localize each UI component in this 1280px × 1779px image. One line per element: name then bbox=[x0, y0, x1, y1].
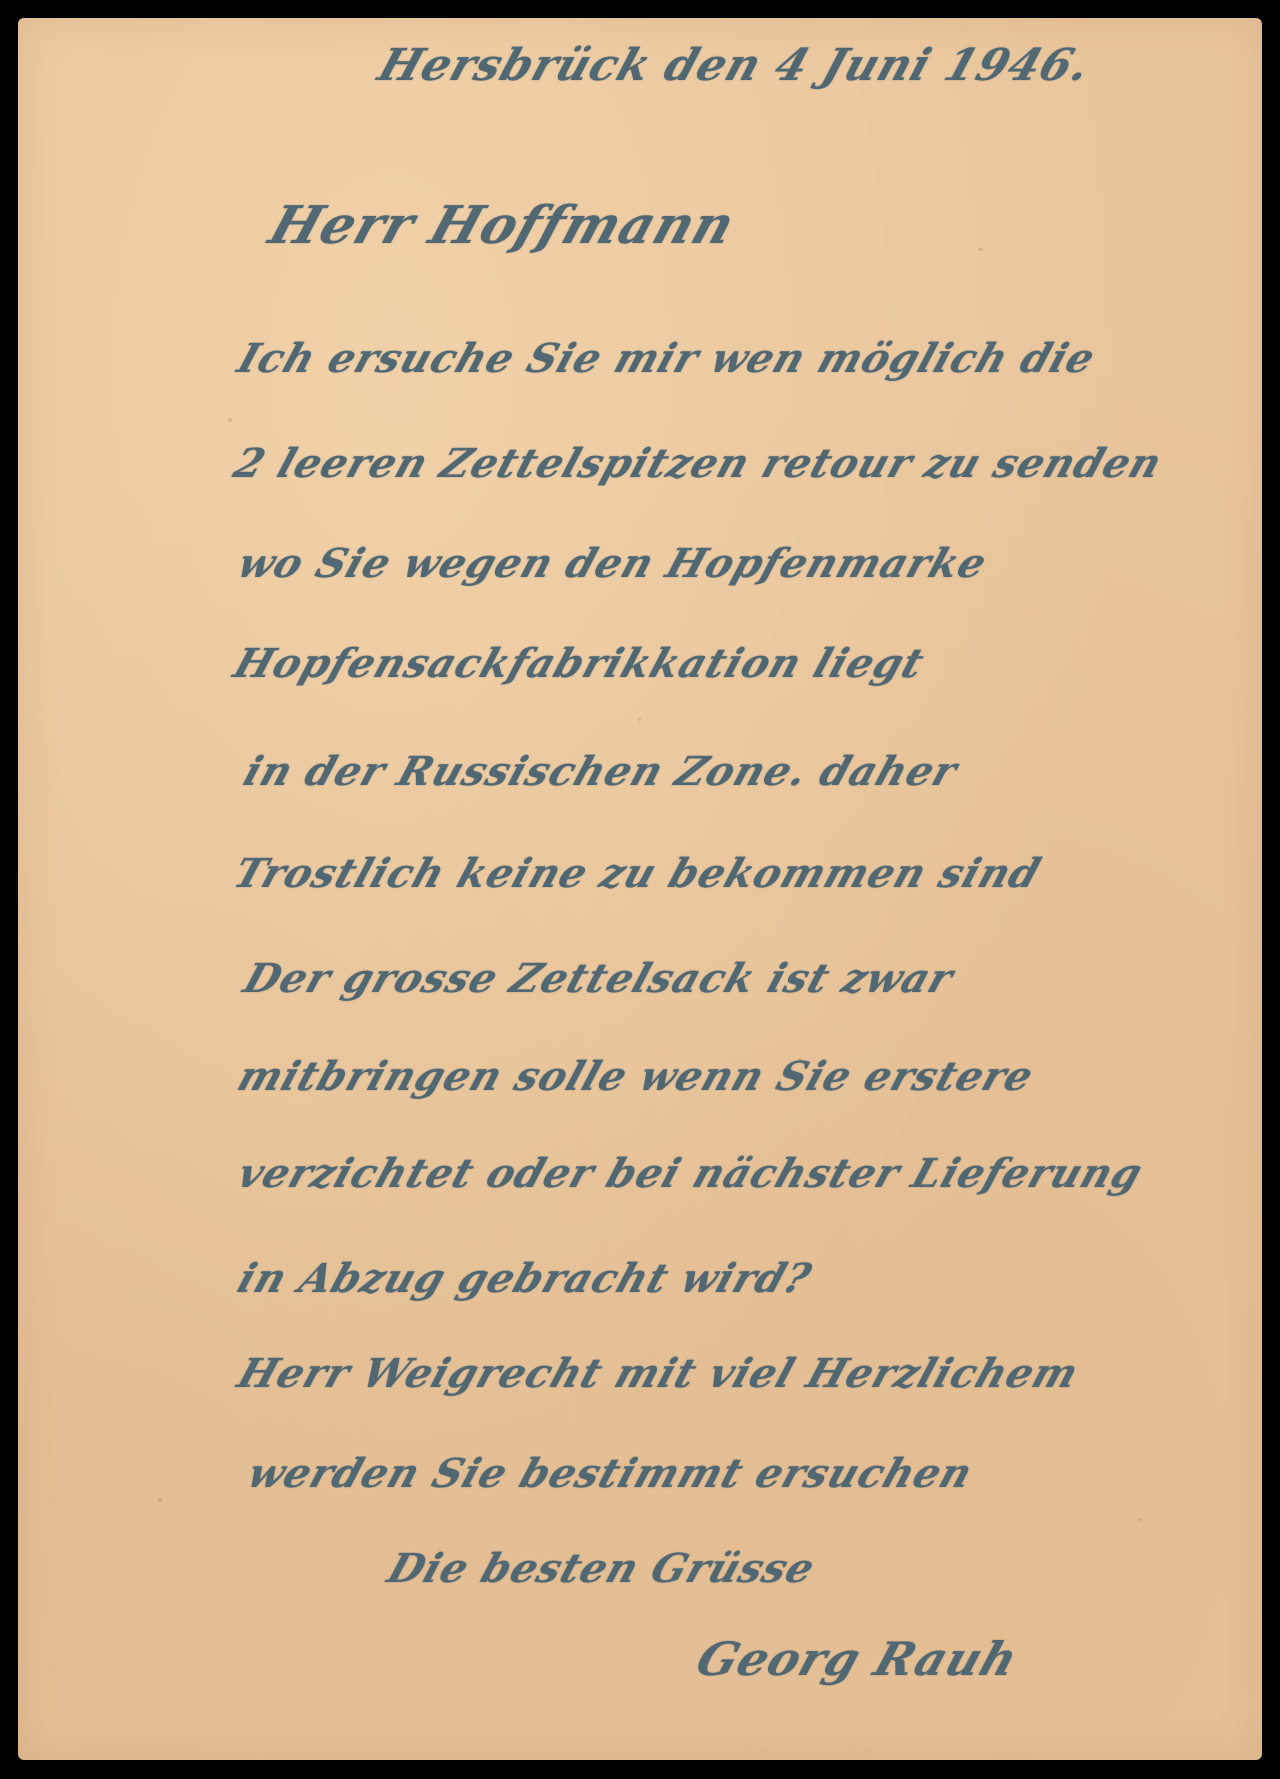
paper-speck bbox=[158, 1498, 162, 1502]
body-line: in Abzug gebracht wird? bbox=[232, 1255, 818, 1302]
body-line: verzichtet oder bei nächster Lieferung bbox=[232, 1150, 1149, 1197]
body-line: Ich ersuche Sie mir wen möglich die bbox=[232, 335, 1101, 382]
body-line: wo Sie wegen den Hopfenmarke bbox=[232, 540, 993, 587]
paper-speck bbox=[228, 418, 232, 422]
salutation: Herr Hoffmann bbox=[262, 195, 743, 256]
paper-speck bbox=[1138, 1518, 1141, 1521]
paper-speck bbox=[638, 718, 641, 721]
body-line: Der grosse Zettelsack ist zwar bbox=[238, 955, 959, 1002]
body-line: Trostlich keine zu bekommen sind bbox=[228, 850, 1047, 897]
body-line: Herr Weigrecht mit viel Herzlichem bbox=[232, 1350, 1085, 1397]
date-line: Hersbrück den 4 Juni 1946. bbox=[372, 40, 1097, 91]
body-line: in der Russischen Zone. daher bbox=[238, 748, 964, 795]
signature: Georg Rauh bbox=[690, 1632, 1025, 1686]
paper-speck bbox=[978, 248, 983, 251]
body-line: Hopfensackfabrikkation liegt bbox=[228, 640, 930, 687]
closing: Die besten Grüsse bbox=[382, 1545, 821, 1592]
body-line: mitbringen solle wenn Sie erstere bbox=[232, 1053, 1040, 1100]
body-line: 2 leeren Zettelspitzen retour zu senden bbox=[228, 440, 1168, 487]
body-line: werden Sie bestimmt ersuchen bbox=[242, 1450, 979, 1497]
